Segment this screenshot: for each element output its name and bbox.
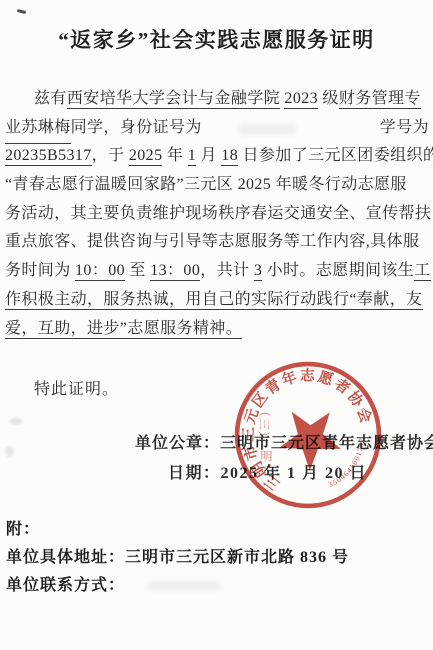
major-field: 财务管理专 xyxy=(339,90,421,109)
year-field: 2025 xyxy=(129,147,163,166)
scan-smudge xyxy=(10,418,22,425)
date-line: 日期：2025 年 1 月 20 日 xyxy=(168,460,367,483)
text-segment: 月 xyxy=(196,147,221,164)
body-line: 业苏琳梅同学，身份证号为学号为 xyxy=(5,114,429,143)
body-line: 爱，互助，进步”志愿服务精神。 xyxy=(5,315,429,344)
scan-speck xyxy=(17,9,26,14)
text-segment: 级 xyxy=(318,90,339,107)
text-segment: 至 xyxy=(125,262,150,279)
student-number-field: 20235B5317 xyxy=(5,147,92,166)
unit-address-line: 单位具体地址：三明市三元区新市北路 836 号 xyxy=(6,544,349,567)
text-segment: 务时间为 xyxy=(5,262,75,279)
certificate-document: “返家乡”社会实践志愿服务证明 兹有西安培华大学会计与金融学院 2023 级财务… xyxy=(0,0,433,650)
text-segment: 务活动，其主要负责维护现场秩序春运交通安全、宣传帮扶 xyxy=(5,205,431,222)
body-line: 作积极主动，服务热诚，用自己的实际行动践行“奉献，友 xyxy=(5,286,429,315)
hours-field: 3 xyxy=(254,262,262,281)
day-field: 18 xyxy=(221,147,238,166)
unit-contact-line: 单位联系方式： xyxy=(6,572,125,595)
student-name-field: 业苏琳梅 xyxy=(5,114,71,145)
body-line: 务活动，其主要负责维护现场秩序春运交通安全、宣传帮扶 xyxy=(5,200,429,229)
text-segment: 重点旅客、提供咨询与引导等志愿服务等工作内容,具体服 xyxy=(5,233,419,250)
month-field: 1 xyxy=(188,147,196,166)
grade-year-field: 2023 xyxy=(284,90,318,109)
certificate-title: “返家乡”社会实践志愿服务证明 xyxy=(0,24,433,54)
evaluation-text: 作积极主动，服务热诚，用自己的实际行动践行“奉献，友 xyxy=(5,291,423,310)
text-segment: 同学，身份证号为 xyxy=(71,114,202,143)
text-segment: ，于 xyxy=(92,147,129,164)
body-line: 兹有西安培华大学会计与金融学院 2023 级财务管理专 xyxy=(5,85,429,114)
text-segment: 学号为 xyxy=(380,114,429,143)
redacted-contact-smudge xyxy=(148,581,220,590)
scan-smudge xyxy=(5,446,14,457)
body-line: 重点旅客、提供咨询与引导等志愿服务等工作内容,具体服 xyxy=(5,228,429,257)
attachment-label: 附： xyxy=(6,516,40,539)
evaluation-text: 爱，互助，进步”志愿服务精神。 xyxy=(5,320,242,339)
school-college-field: 西安培华大学会计与金融学院 xyxy=(67,90,280,109)
start-time-field: 10：00 xyxy=(75,262,125,281)
body-line: “青春志愿行温暖回家路”三元区 2025 年暖冬行动志愿服 xyxy=(5,171,429,200)
text-segment: 年 xyxy=(162,147,187,164)
end-time-field: 13：00 xyxy=(150,262,200,281)
text-segment: 工 xyxy=(414,262,430,281)
certificate-body: 兹有西安培华大学会计与金融学院 2023 级财务管理专 业苏琳梅同学，身份证号为… xyxy=(5,85,429,343)
text-segment: 兹有 xyxy=(34,90,67,107)
body-line: 务时间为 10：00 至 13：00，共计 3 小时。志愿期间该生工 xyxy=(5,257,429,286)
text-segment: 小时。志愿期间该生 xyxy=(262,262,414,279)
closing-statement: 特此证明。 xyxy=(34,376,119,399)
unit-seal-line: 单位公章：三明市三元区青年志愿者协会 xyxy=(135,430,433,453)
text-segment: ，共计 xyxy=(200,262,254,279)
text-segment: “青春志愿行温暖回家路”三元区 2025 年暖冬行动志愿服 xyxy=(5,176,407,193)
text-segment: 日参加了三元区团委组织的 xyxy=(238,147,433,164)
body-line: 20235B5317，于 2025 年 1 月 18 日参加了三元区团委组织的 xyxy=(5,142,429,171)
